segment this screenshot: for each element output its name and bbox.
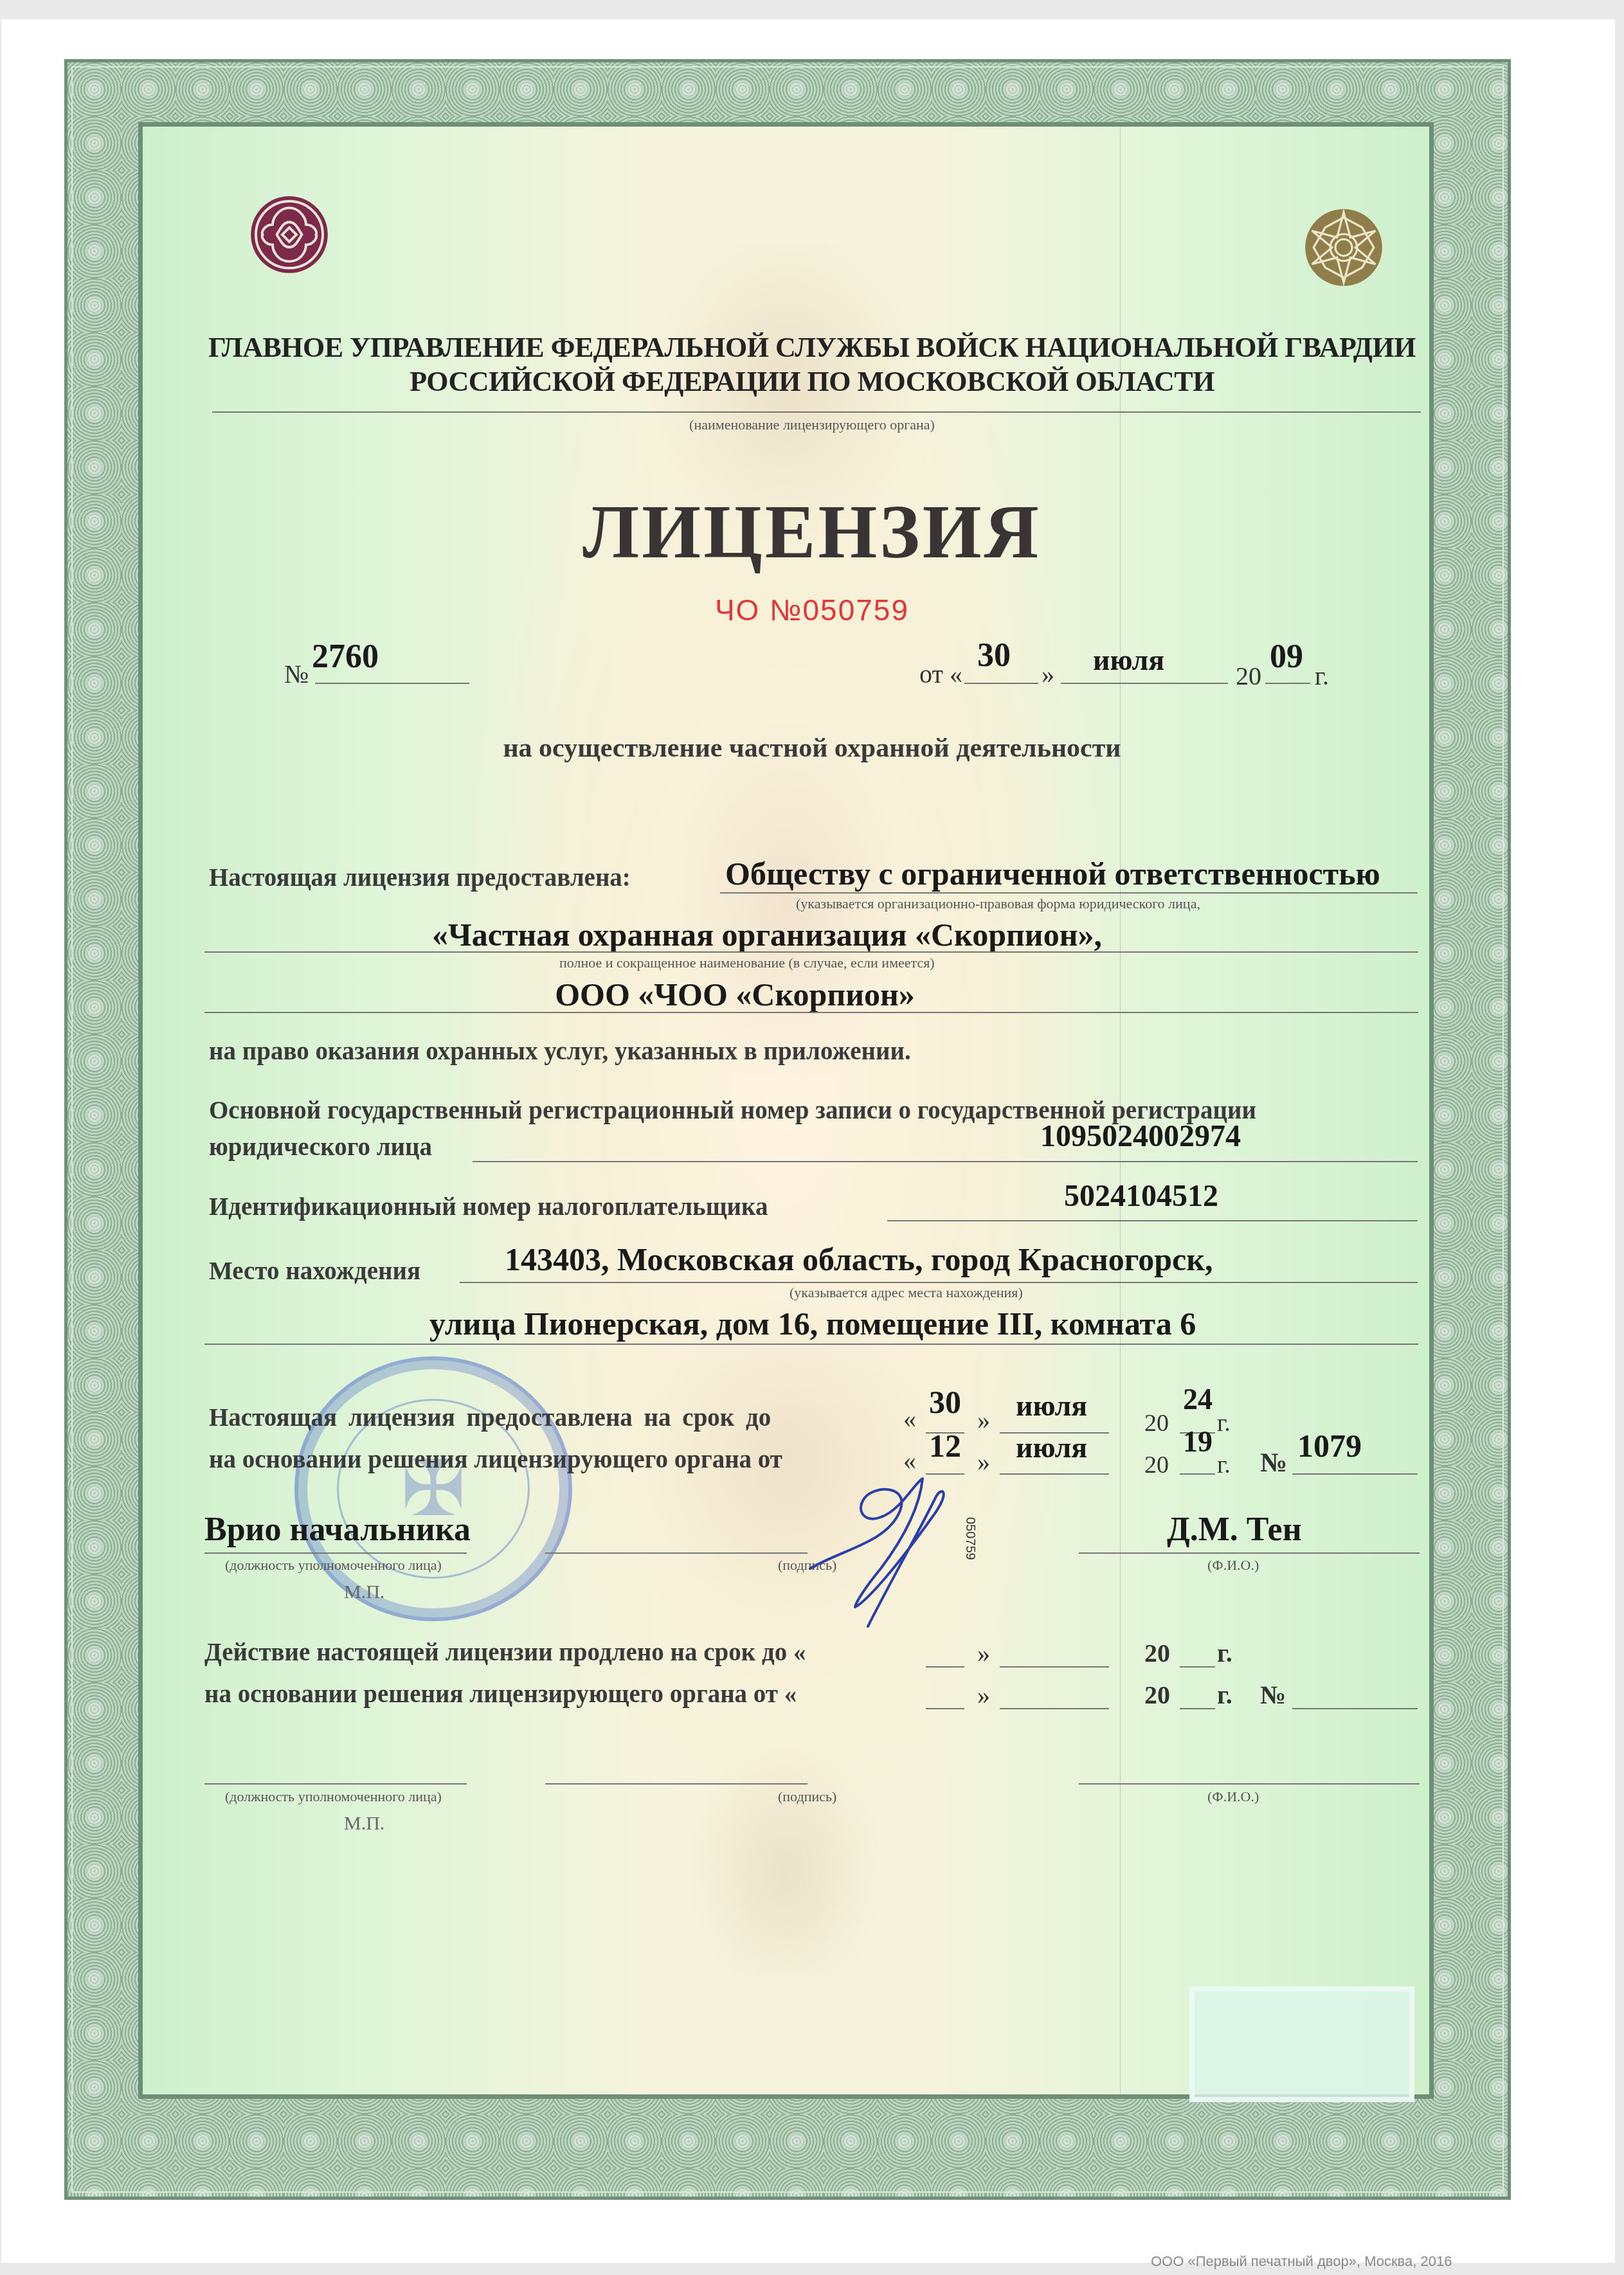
issuer-caption: (наименование лицензирующего органа) bbox=[0, 417, 1624, 433]
license-number: 2760 bbox=[312, 638, 379, 676]
rosette-icon bbox=[248, 193, 331, 276]
address-underline-1 bbox=[460, 1282, 1418, 1283]
term-label: Настоящая лицензия предоставлена на срок… bbox=[209, 1403, 771, 1432]
century: 20 bbox=[1236, 661, 1261, 691]
issue-day: 30 bbox=[977, 636, 1011, 674]
page-title: ЛИЦЕНЗИЯ bbox=[0, 489, 1624, 576]
day-underline bbox=[964, 683, 1038, 684]
date-prefix: от « bbox=[919, 659, 962, 689]
term-close-quote: » bbox=[977, 1405, 990, 1435]
term-century: 20 bbox=[1144, 1409, 1169, 1437]
licensee-short-name: ООО «ЧОО «Скорпион» bbox=[0, 976, 1624, 1013]
issuer-line-2: РОССИЙСКОЙ ФЕДЕРАЦИИ ПО МОСКОВСКОЙ ОБЛАС… bbox=[0, 365, 1624, 398]
ext-decision-close-quote: » bbox=[977, 1680, 990, 1710]
legal-form-underline bbox=[720, 892, 1418, 894]
address-caption: (указывается адрес места нахождения) bbox=[789, 1284, 1023, 1301]
official-seal-stamp: ✠ bbox=[294, 1356, 572, 1621]
date-close: » bbox=[1042, 659, 1054, 689]
term-month: июля bbox=[1016, 1389, 1087, 1423]
seal-placeholder: М.П. bbox=[344, 1581, 384, 1603]
ext-position-caption: (должность уполномоченного лица) bbox=[225, 1788, 442, 1805]
inn-value: 5024104512 bbox=[1064, 1178, 1218, 1214]
ext-decision-month-field bbox=[1000, 1708, 1109, 1709]
signatory-position: Врио начальника bbox=[204, 1511, 471, 1549]
signature-underline bbox=[545, 1552, 807, 1554]
ext-name-underline bbox=[1079, 1783, 1420, 1785]
address-underline-2 bbox=[204, 1344, 1418, 1345]
name-caption: полное и сокращенное наименование (в слу… bbox=[559, 955, 935, 971]
address-line-1: 143403, Московская область, город Красно… bbox=[505, 1241, 1213, 1278]
decision-month: июля bbox=[1016, 1430, 1087, 1464]
decision-open-quote: « bbox=[903, 1445, 916, 1475]
decision-century: 20 bbox=[1144, 1451, 1169, 1479]
decision-number: 1079 bbox=[1297, 1427, 1362, 1464]
ext-term-month-field bbox=[1000, 1666, 1109, 1668]
decision-label: на основании решения лицензирующего орга… bbox=[209, 1445, 782, 1474]
ext-term-year-suffix: г. bbox=[1217, 1638, 1232, 1668]
issue-year: 09 bbox=[1270, 638, 1303, 676]
ext-term-day-field bbox=[926, 1666, 964, 1668]
decision-close-quote: » bbox=[977, 1446, 990, 1477]
address-line-2: улица Пионерская, дом 16, помещение III,… bbox=[429, 1305, 1196, 1342]
ext-decision-year-field bbox=[1180, 1708, 1215, 1709]
ext-signature-caption: (подпись) bbox=[778, 1788, 836, 1805]
year-underline bbox=[1265, 683, 1310, 684]
ext-name-caption: (Ф.И.О.) bbox=[1207, 1788, 1259, 1805]
number-underline bbox=[315, 683, 469, 684]
decision-year-underline bbox=[1180, 1473, 1215, 1475]
form-serial-number: ЧО №050759 bbox=[0, 593, 1624, 627]
decision-year: 19 bbox=[1183, 1425, 1213, 1459]
inn-label: Идентификационный номер налогоплательщик… bbox=[209, 1192, 768, 1221]
licensee-label: Настоящая лицензия предоставлена: bbox=[209, 863, 631, 892]
decision-day: 12 bbox=[929, 1427, 961, 1464]
ogrn-label-line-2: юридического лица bbox=[209, 1133, 432, 1162]
ext-term-century: 20 bbox=[1144, 1638, 1170, 1668]
term-day: 30 bbox=[929, 1383, 961, 1421]
decision-number-label: № bbox=[1260, 1448, 1287, 1479]
licensee-legal-form: Обществу с ограниченной ответственностью bbox=[725, 855, 1380, 892]
issue-month: июля bbox=[1093, 643, 1164, 677]
address-label: Место нахождения bbox=[209, 1257, 420, 1286]
extension-term-label: Действие настоящей лицензии продлено на … bbox=[204, 1638, 806, 1667]
month-underline bbox=[1061, 683, 1228, 684]
ext-decision-day-field bbox=[926, 1708, 964, 1709]
ext-term-close-quote: » bbox=[977, 1638, 990, 1668]
ogrn-underline bbox=[473, 1161, 1418, 1162]
issuer-line-1: ГЛАВНОЕ УПРАВЛЕНИЕ ФЕДЕРАЛЬНОЙ СЛУЖБЫ ВО… bbox=[0, 331, 1624, 364]
decision-month-underline bbox=[1000, 1473, 1109, 1475]
ext-decision-number-field bbox=[1292, 1708, 1418, 1709]
handwritten-signature bbox=[804, 1472, 964, 1639]
year-suffix: г. bbox=[1315, 661, 1329, 691]
term-open-quote: « bbox=[903, 1403, 916, 1434]
inn-underline bbox=[887, 1220, 1418, 1221]
ext-signature-underline bbox=[545, 1783, 807, 1785]
signatory-name: Д.М. Тен bbox=[1167, 1511, 1302, 1549]
microprint-security-box bbox=[1189, 1986, 1414, 2102]
extension-decision-label: на основании решения лицензирующего орга… bbox=[204, 1680, 797, 1709]
licensee-full-name: «Частная охранная организация «Скорпион»… bbox=[0, 916, 1624, 953]
full-name-underline bbox=[204, 951, 1418, 953]
ext-decision-century: 20 bbox=[1144, 1680, 1170, 1710]
name-underline bbox=[1079, 1552, 1420, 1554]
position-underline bbox=[204, 1552, 467, 1554]
term-year-suffix: г. bbox=[1217, 1409, 1231, 1437]
issuer-underline bbox=[212, 411, 1421, 413]
ext-decision-number-label: № bbox=[1260, 1680, 1286, 1710]
decision-number-underline bbox=[1292, 1473, 1418, 1475]
ext-seal-placeholder: М.П. bbox=[344, 1813, 384, 1835]
ogrn-value: 1095024002974 bbox=[1040, 1119, 1241, 1154]
rights-text: на право оказания охранных услуг, указан… bbox=[209, 1037, 911, 1066]
legal-form-caption: (указывается организационно-правовая фор… bbox=[796, 895, 1200, 912]
short-name-underline bbox=[204, 1012, 1418, 1013]
ext-term-year-field bbox=[1180, 1666, 1215, 1668]
vertical-serial-number: 050759 bbox=[962, 1517, 977, 1560]
ext-position-underline bbox=[204, 1783, 467, 1785]
license-purpose: на осуществление частной охранной деятел… bbox=[0, 733, 1624, 764]
term-year: 24 bbox=[1183, 1382, 1213, 1416]
ext-decision-year-suffix: г. bbox=[1217, 1680, 1232, 1710]
number-label: № bbox=[284, 659, 309, 689]
star-rosette-icon bbox=[1302, 206, 1385, 289]
printer-imprint: ООО «Первый печатный двор», Москва, 2016 bbox=[1151, 2253, 1452, 2270]
name-caption: (Ф.И.О.) bbox=[1207, 1557, 1259, 1574]
position-caption: (должность уполномоченного лица) bbox=[225, 1557, 442, 1574]
decision-year-suffix: г. bbox=[1217, 1451, 1231, 1479]
